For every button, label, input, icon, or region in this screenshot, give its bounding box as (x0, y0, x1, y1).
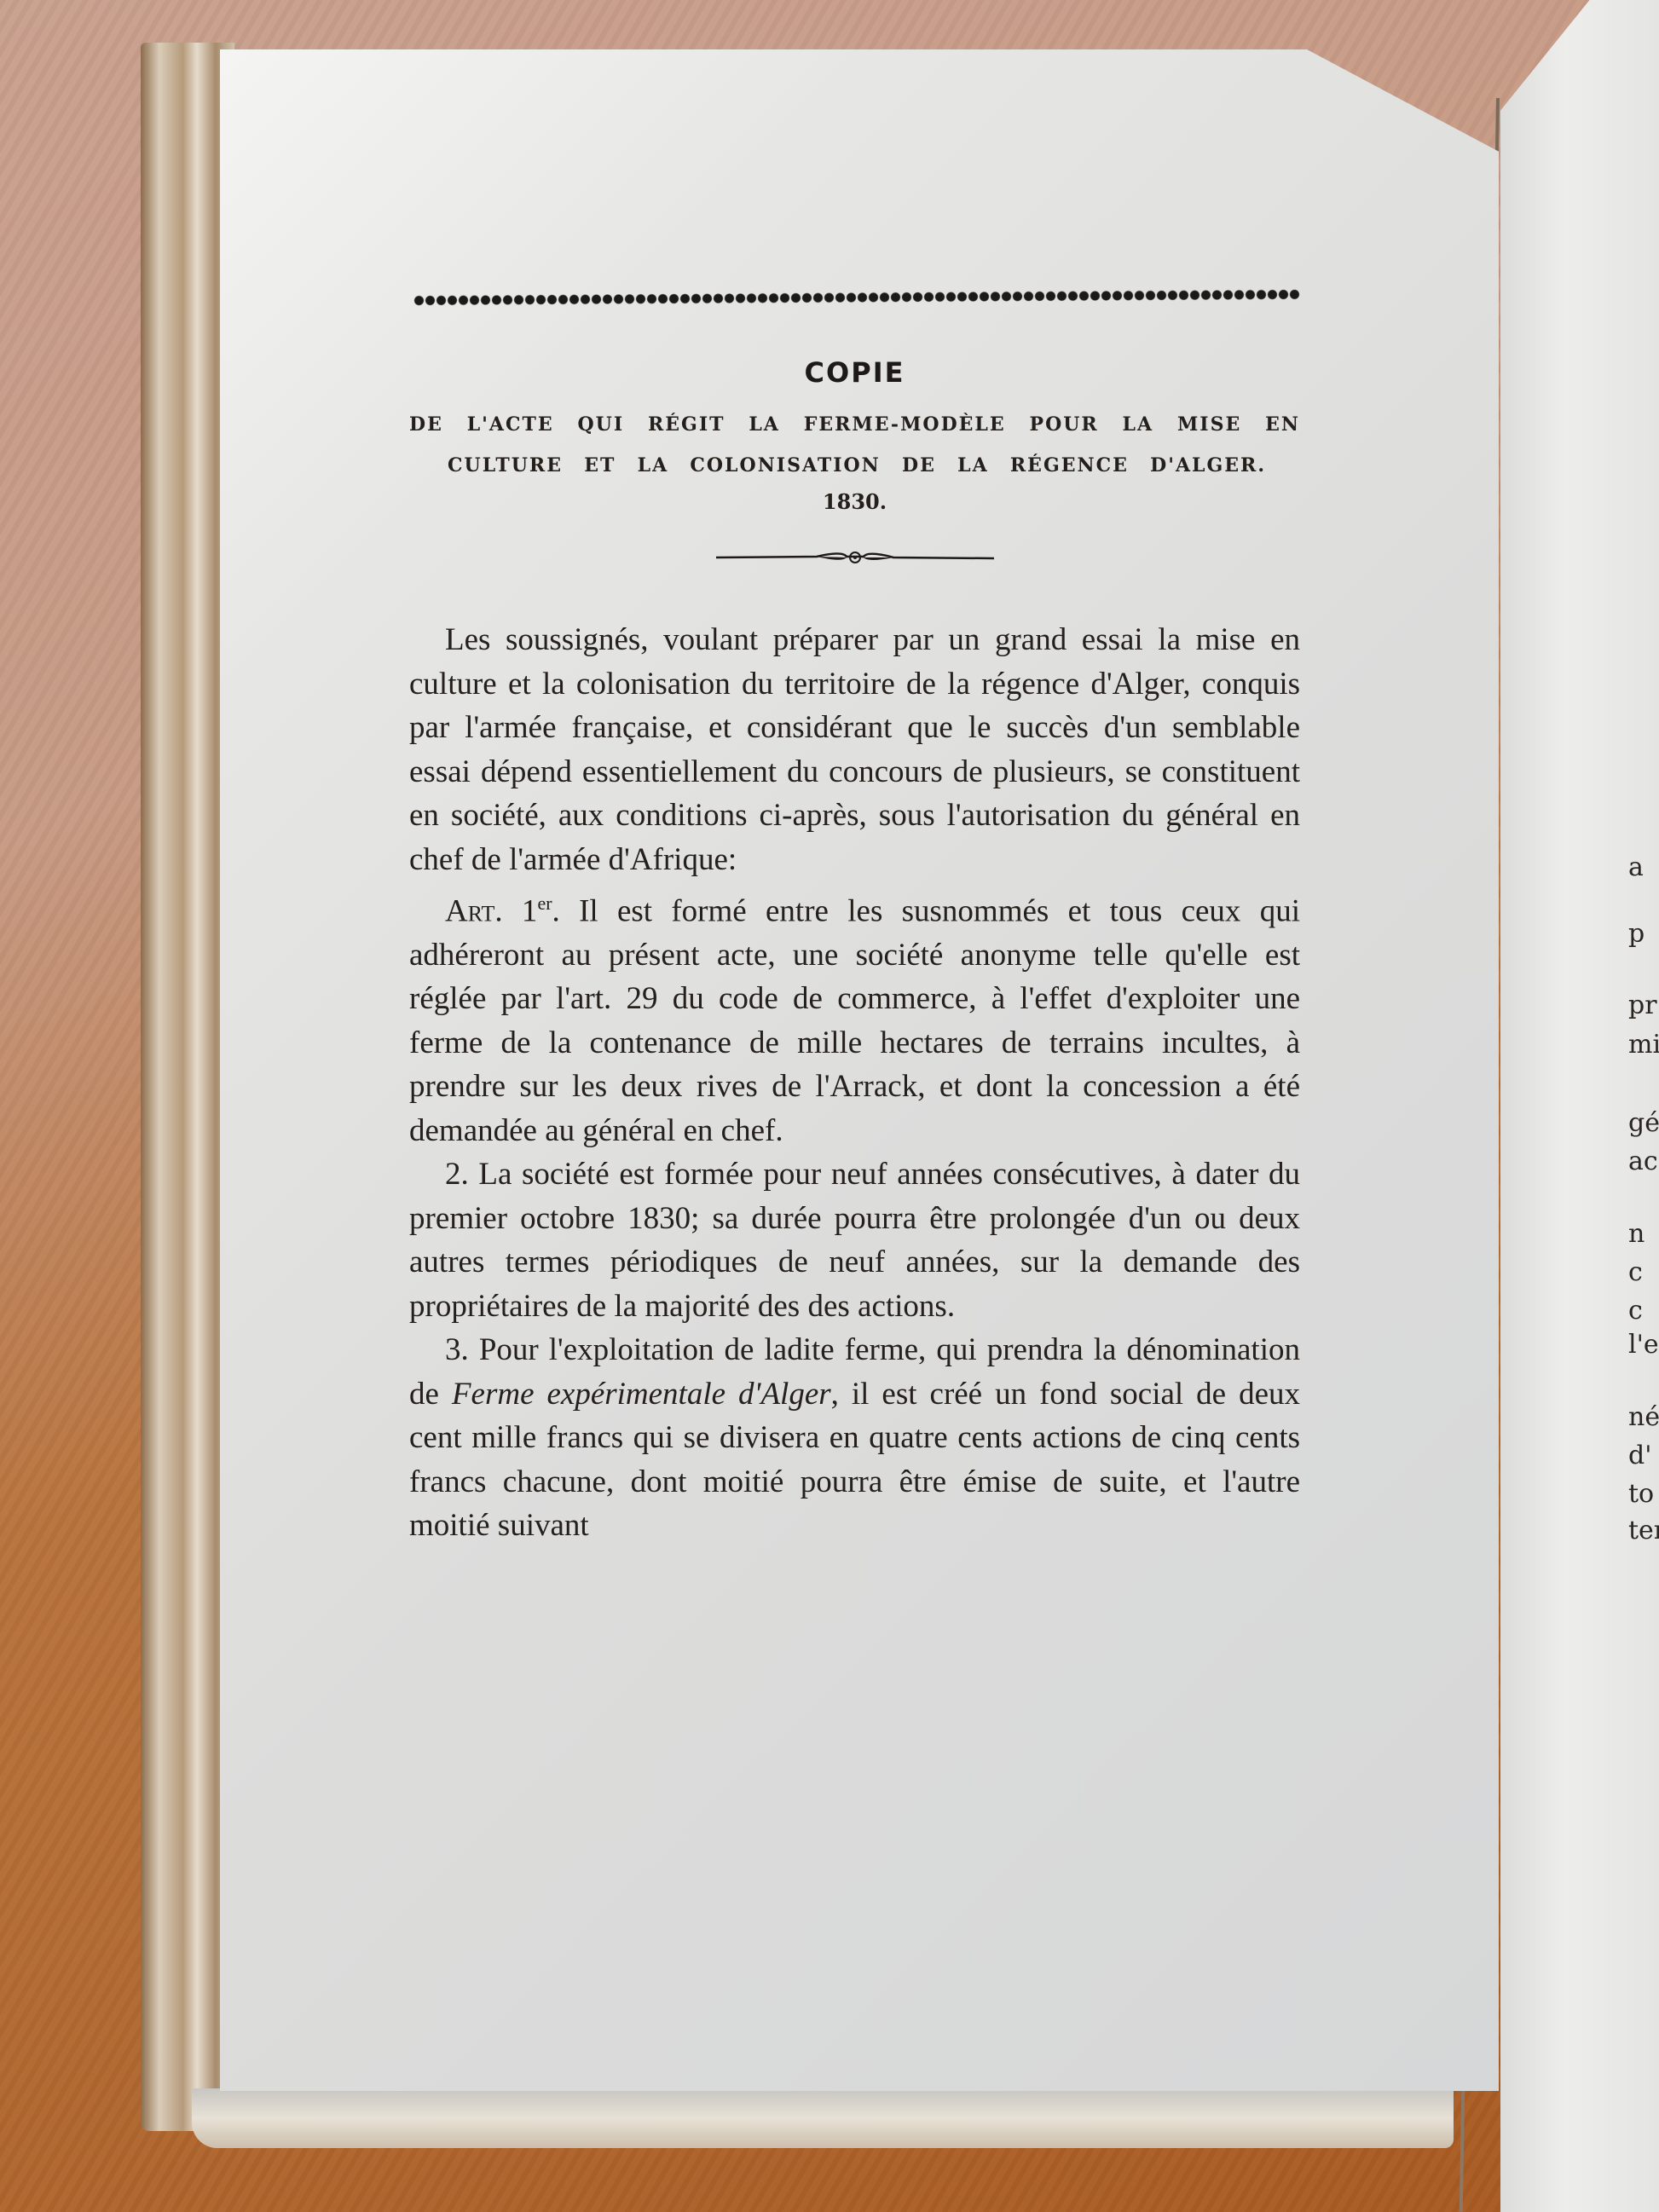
printed-page-content: COPIE DE L'ACTE QUI RÉGIT LA FERME-MODÈL… (409, 290, 1300, 1548)
article-1: Art. 1er. Il est formé entre les susnomm… (409, 881, 1300, 1152)
fragment: l'e (1628, 1330, 1659, 1360)
book-bottom-edge (192, 2088, 1454, 2148)
fragment: a (1628, 852, 1644, 882)
fragment: c (1628, 1296, 1643, 1325)
fragment: c (1628, 1257, 1643, 1287)
fragment: ac (1628, 1146, 1658, 1176)
preamble-paragraph: Les soussignés, voulant préparer par un … (409, 618, 1300, 881)
document-year: 1830. (409, 489, 1300, 514)
fragment: d' (1628, 1441, 1651, 1470)
fragment: to (1628, 1479, 1654, 1509)
article-label: 2. (445, 1157, 469, 1192)
document-subtitle: DE L'ACTE QUI RÉGIT LA FERME-MODÈLE POUR… (409, 404, 1300, 486)
document-title: COPIE (409, 356, 1300, 389)
subtitle-line-1: DE L'ACTE QUI RÉGIT LA FERME-MODÈLE POUR… (409, 413, 1300, 436)
article-text: La société est formée pour neuf années c… (409, 1157, 1300, 1324)
article-3: 3. Pour l'exploitation de ladite ferme, … (409, 1328, 1300, 1548)
fragment: pr (1628, 990, 1657, 1020)
subtitle-line-2: CULTURE ET LA COLONISATION DE LA RÉGENCE… (409, 445, 1300, 486)
article-label: Art. 1 (445, 893, 537, 928)
fragment: p (1628, 919, 1645, 949)
dotted-header-rule (413, 286, 1300, 308)
facing-page (1500, 0, 1659, 2212)
article-label: 3. (445, 1332, 469, 1367)
fragment: mi (1628, 1030, 1659, 1060)
article-text: . Il est formé entre les susnommés et to… (409, 893, 1300, 1148)
article-2: 2. La société est formée pour neuf année… (409, 1152, 1300, 1328)
fragment: né (1628, 1402, 1659, 1432)
fragment: n (1628, 1219, 1645, 1249)
fragment: ten (1628, 1516, 1659, 1545)
article-label-superscript: er (537, 892, 552, 914)
flourish-divider-icon (714, 548, 996, 567)
act-body: Les soussignés, voulant préparer par un … (409, 618, 1300, 1548)
fragment: gé (1628, 1108, 1659, 1138)
farm-name-italic: Ferme expérimentale d'Alger (452, 1377, 831, 1412)
